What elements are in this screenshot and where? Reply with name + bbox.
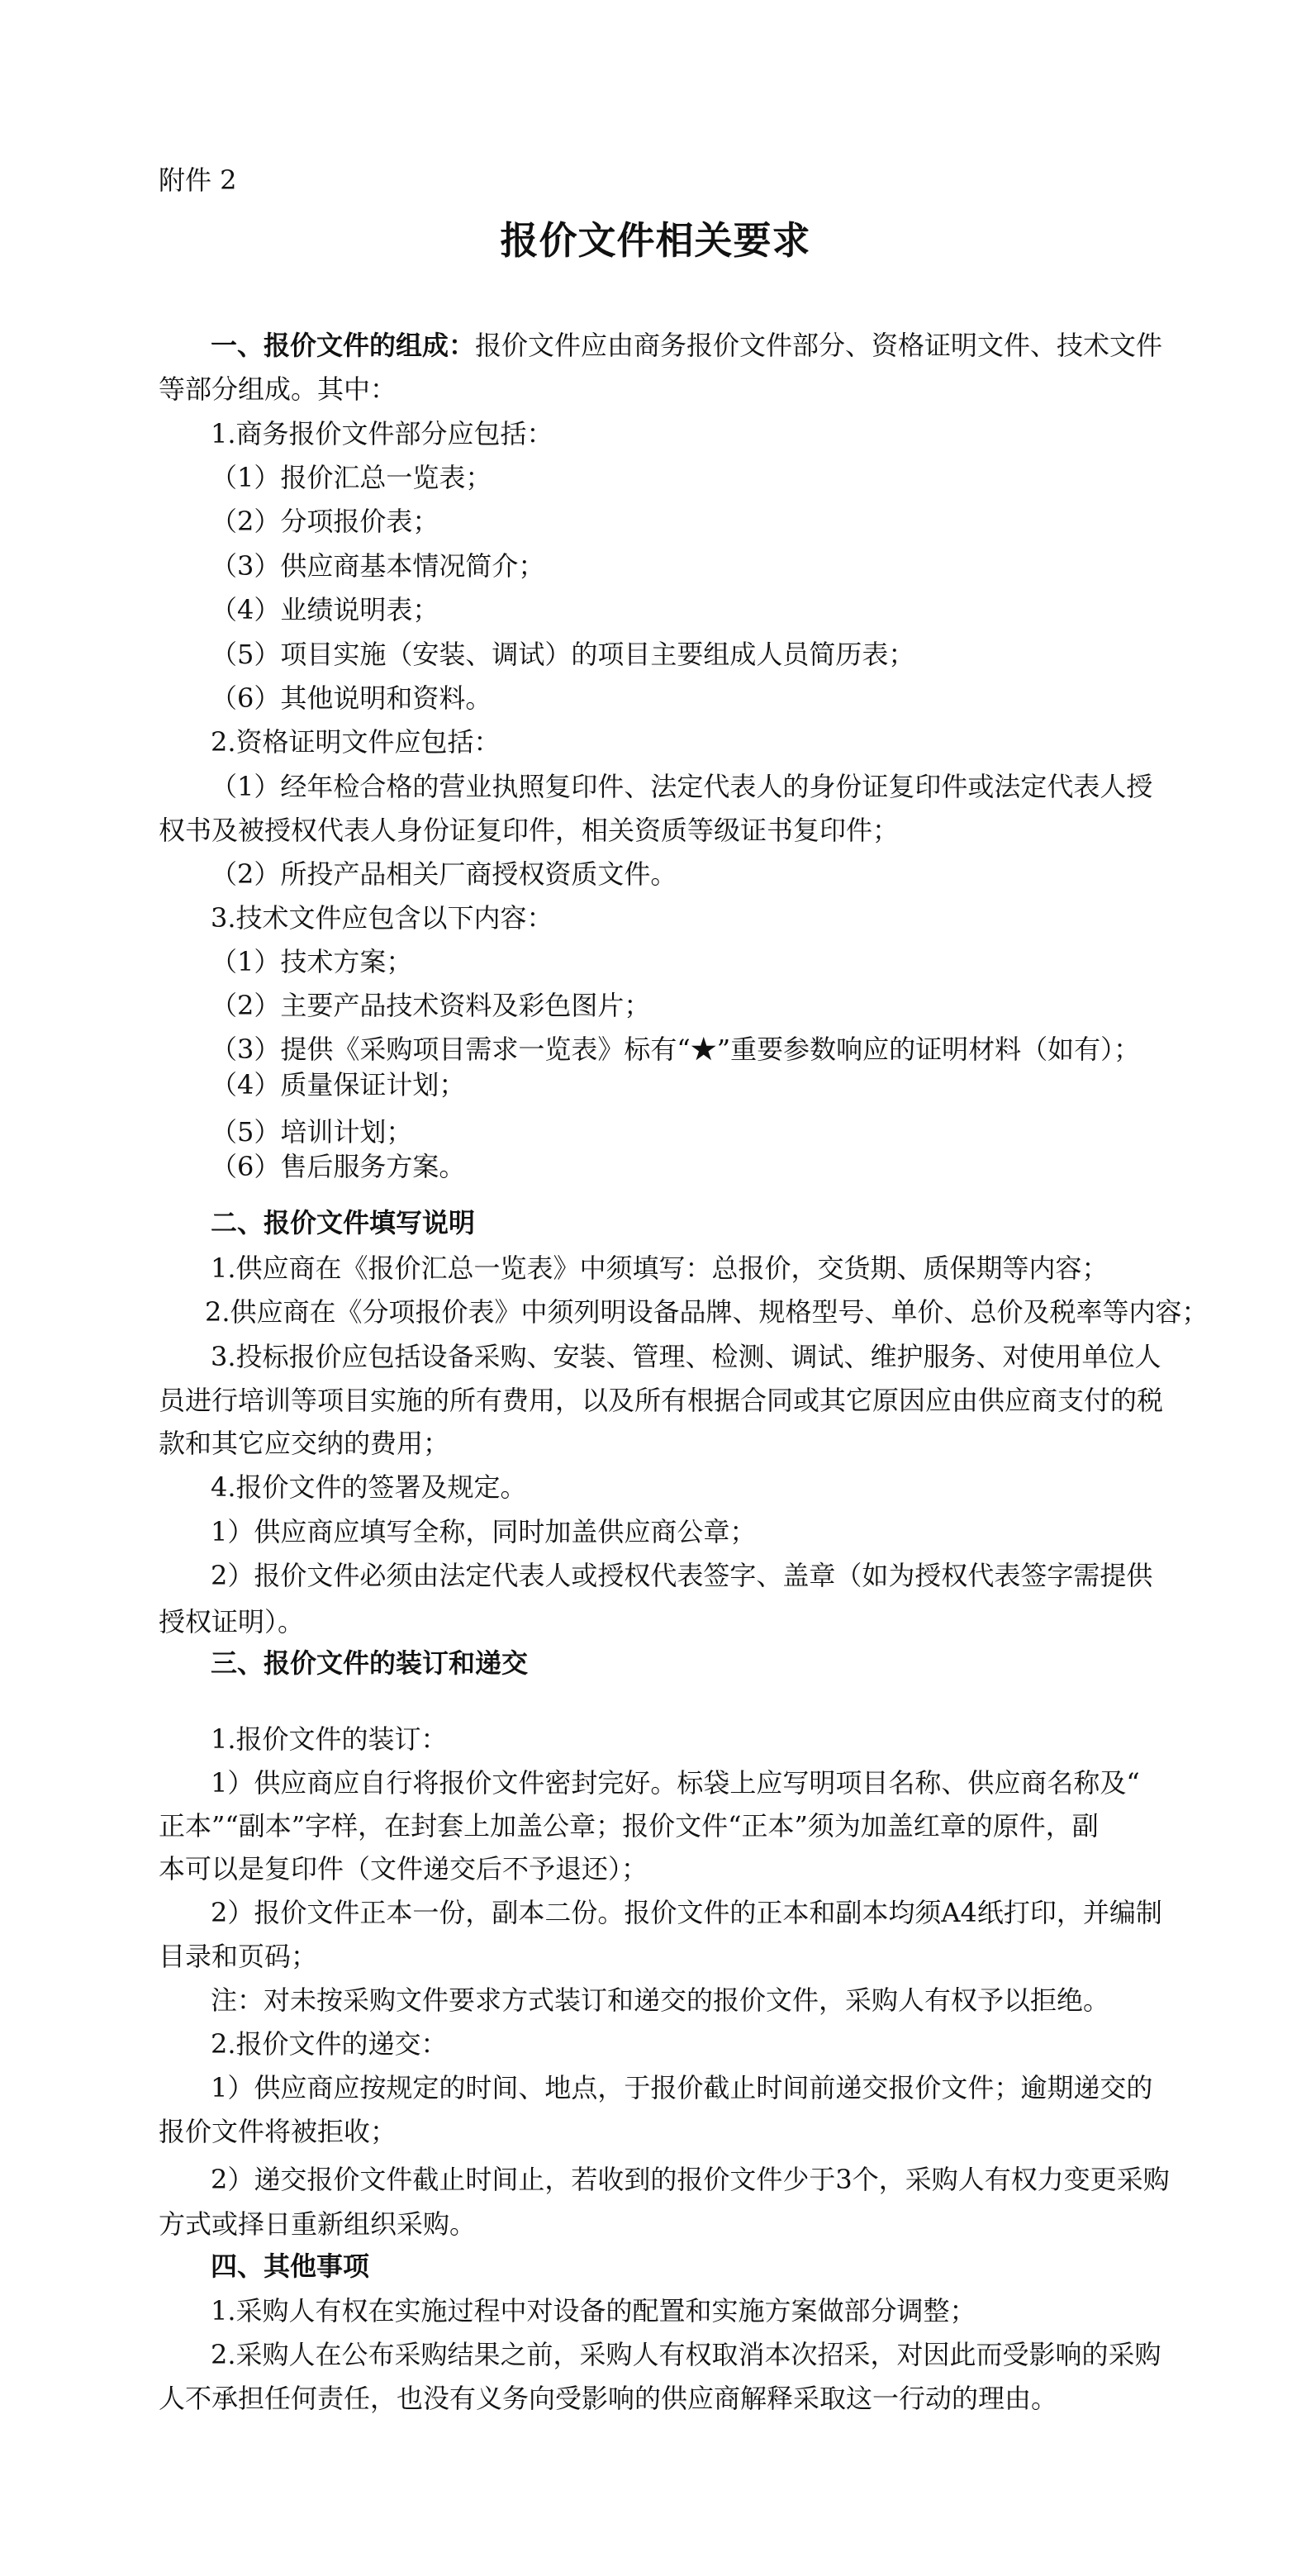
line-text: 方式或择日重新组织采购。 [159,2208,476,2240]
line-text: 报价文件应由商务报价文件部分、资格证明文件、技术文件 [475,330,1162,361]
line-text: 1.商务报价文件部分应包括： [211,418,553,449]
paragraph-line: 1.报价文件的装订： [211,1723,448,1756]
line-text: 目录和页码； [159,1941,317,1972]
line-text: 1）供应商应填写全称，同时加盖供应商公章； [211,1516,756,1547]
paragraph-line: （2）所投产品相关厂商授权资质文件。 [211,858,677,891]
paragraph-line: 本可以是复印件（文件递交后不予退还）； [159,1852,648,1885]
paragraph-line: 1.商务报价文件部分应包括： [211,417,553,450]
section-heading-lead: 一、报价文件的组成： [211,330,475,361]
line-text: 等部分组成。其中： [159,373,397,405]
line-text: 1）供应商应自行将报价文件密封完好。标袋上应写明项目名称、供应商名称及“ [211,1767,1140,1799]
document-page: 附件 2 报价文件相关要求 一、报价文件的组成：报价文件应由商务报价文件部分、资… [0,0,1311,2576]
line-text: （6）其他说明和资料。 [211,682,492,714]
paragraph-line: 1）供应商应按规定的时间、地点，于报价截止时间前递交报价文件；逾期递交的 [211,2071,1152,2104]
line-text: 2）递交报价文件截止时间止，若收到的报价文件少于3个，采购人有权力变更采购 [211,2164,1170,2195]
line-text: 三、报价文件的装订和递交 [211,1647,528,1679]
paragraph-line: 3.技术文件应包含以下内容： [211,901,553,934]
paragraph-line: 2）报价文件必须由法定代表人或授权代表签字、盖章（如为授权代表签字需提供 [211,1559,1152,1592]
paragraph-line: （2）分项报价表； [211,505,439,538]
line-text: （1）经年检合格的营业执照复印件、法定代表人的身份证复印件或法定代表人授 [211,771,1152,802]
line-text: 3.技术文件应包含以下内容： [211,902,553,934]
line-text: 2）报价文件必须由法定代表人或授权代表签字、盖章（如为授权代表签字需提供 [211,1560,1152,1591]
paragraph-line: 1.供应商在《报价汇总一览表》中须填写：总报价，交货期、质保期等内容； [211,1252,1109,1285]
line-text: 款和其它应交纳的费用； [159,1428,449,1459]
line-text: （2）主要产品技术资料及彩色图片； [211,990,650,1021]
line-text: 员进行培训等项目实施的所有费用，以及所有根据合同或其它原因应由供应商支付的税 [159,1385,1163,1416]
paragraph-line: （1）报价汇总一览表； [211,461,492,494]
section-heading: 四、其他事项 [211,2250,369,2283]
paragraph-line: 2）递交报价文件截止时间止，若收到的报价文件少于3个，采购人有权力变更采购 [211,2163,1170,2196]
attachment-label: 附件 2 [159,164,237,197]
paragraph-line: 一、报价文件的组成：报价文件应由商务报价文件部分、资格证明文件、技术文件 [211,329,1162,362]
line-text: 1.供应商在《报价汇总一览表》中须填写：总报价，交货期、质保期等内容； [211,1252,1109,1284]
line-text: 授权证明）。 [159,1606,304,1637]
paragraph-line: 注：对未按采购文件要求方式装订和递交的报价文件，采购人有权予以拒绝。 [211,1984,1109,2017]
paragraph-line: 权书及被授权代表人身份证复印件，相关资质等级证书复印件； [159,814,899,847]
paragraph-line: 正本”“副本”字样，在封套上加盖公章；报价文件“正本”须为加盖红章的原件，副 [159,1809,1099,1842]
paragraph-line: 授权证明）。 [159,1605,304,1638]
line-text: 权书及被授权代表人身份证复印件，相关资质等级证书复印件； [159,815,899,846]
line-text: （5）培训计划； [211,1116,412,1148]
paragraph-line: 2）报价文件正本一份，副本二份。报价文件的正本和副本均须A4纸打印，并编制 [211,1896,1162,1929]
paragraph-line: （6）售后服务方案。 [211,1150,465,1183]
line-text: 人不承担任何责任，也没有义务向受影响的供应商解释采取这一行动的理由。 [159,2383,1057,2414]
paragraph-line: 2.资格证明文件应包括： [211,725,501,758]
paragraph-line: （2）主要产品技术资料及彩色图片； [211,989,650,1022]
line-text: 2.供应商在《分项报价表》中须列明设备品牌、规格型号、单价、总价及税率等内容； [205,1296,1209,1328]
line-text: （4）业绩说明表； [211,594,439,625]
paragraph-line: （4）业绩说明表； [211,593,439,626]
paragraph-line: 方式或择日重新组织采购。 [159,2208,476,2241]
paragraph-line: 报价文件将被拒收； [159,2115,397,2148]
line-text: 正本”“副本”字样，在封套上加盖公章；报价文件“正本”须为加盖红章的原件，副 [159,1810,1099,1842]
paragraph-line: 3.投标报价应包括设备采购、安装、管理、检测、调试、维护服务、对使用单位人 [211,1340,1161,1373]
line-text: （1）报价汇总一览表； [211,462,492,493]
line-text: 本可以是复印件（文件递交后不予退还）； [159,1853,648,1884]
line-text: （6）售后服务方案。 [211,1151,465,1182]
section-heading: 二、报价文件填写说明 [211,1206,475,1239]
paragraph-line: （6）其他说明和资料。 [211,682,492,715]
paragraph-line: （1）技术方案； [211,945,412,978]
line-text: （3）供应商基本情况简介； [211,550,544,582]
line-text: 2）报价文件正本一份，副本二份。报价文件的正本和副本均须A4纸打印，并编制 [211,1897,1162,1928]
line-text: （4）质量保证计划； [211,1069,465,1100]
paragraph-line: 4.报价文件的签署及规定。 [211,1471,527,1504]
paragraph-line: 员进行培训等项目实施的所有费用，以及所有根据合同或其它原因应由供应商支付的税 [159,1384,1163,1417]
line-text: （1）技术方案； [211,946,412,977]
line-text: 二、报价文件填写说明 [211,1207,475,1238]
paragraph-line: （4）质量保证计划； [211,1068,465,1101]
paragraph-line: （1）经年检合格的营业执照复印件、法定代表人的身份证复印件或法定代表人授 [211,770,1152,803]
paragraph-line: 1）供应商应自行将报价文件密封完好。标袋上应写明项目名称、供应商名称及“ [211,1766,1140,1799]
paragraph-line: （5）项目实施（安装、调试）的项目主要组成人员简历表； [211,638,914,671]
paragraph-line: （3）提供《采购项目需求一览表》标有“★”重要参数响应的证明材料（如有）； [211,1033,1140,1066]
line-text: 报价文件将被拒收； [159,2116,397,2147]
paragraph-line: （3）供应商基本情况简介； [211,549,544,582]
line-text: 注：对未按采购文件要求方式装订和递交的报价文件，采购人有权予以拒绝。 [211,1984,1109,2016]
line-text: 四、其他事项 [211,2250,369,2282]
line-text: （2）所投产品相关厂商授权资质文件。 [211,858,677,890]
paragraph-line: 等部分组成。其中： [159,373,397,406]
paragraph-line: 目录和页码； [159,1940,317,1973]
paragraph-line: 1.采购人有权在实施过程中对设备的配置和实施方案做部分调整； [211,2294,976,2327]
paragraph-line: （5）培训计划； [211,1115,412,1148]
line-text: （3）提供《采购项目需求一览表》标有“★”重要参数响应的证明材料（如有）； [211,1034,1140,1065]
paragraph-line: 2.采购人在公布采购结果之前，采购人有权取消本次招采，对因此而受影响的采购 [211,2338,1161,2371]
paragraph-line: 1）供应商应填写全称，同时加盖供应商公章； [211,1515,756,1548]
line-text: （5）项目实施（安装、调试）的项目主要组成人员简历表； [211,639,914,670]
line-text: 1.报价文件的装订： [211,1723,448,1755]
paragraph-line: 人不承担任何责任，也没有义务向受影响的供应商解释采取这一行动的理由。 [159,2382,1057,2415]
paragraph-line: 款和其它应交纳的费用； [159,1427,449,1460]
line-text: 3.投标报价应包括设备采购、安装、管理、检测、调试、维护服务、对使用单位人 [211,1341,1161,1372]
section-heading: 三、报价文件的装订和递交 [211,1647,528,1680]
line-text: 4.报价文件的签署及规定。 [211,1471,527,1503]
line-text: 2.采购人在公布采购结果之前，采购人有权取消本次招采，对因此而受影响的采购 [211,2339,1161,2370]
line-text: 2.资格证明文件应包括： [211,726,501,758]
line-text: 1）供应商应按规定的时间、地点，于报价截止时间前递交报价文件；逾期递交的 [211,2072,1152,2103]
paragraph-line: 2.供应商在《分项报价表》中须列明设备品牌、规格型号、单价、总价及税率等内容； [205,1295,1209,1328]
line-text: 2.报价文件的递交： [211,2028,448,2060]
page-title: 报价文件相关要求 [0,216,1311,264]
line-text: （2）分项报价表； [211,506,439,537]
paragraph-line: 2.报价文件的递交： [211,2027,448,2060]
line-text: 1.采购人有权在实施过程中对设备的配置和实施方案做部分调整； [211,2295,976,2326]
